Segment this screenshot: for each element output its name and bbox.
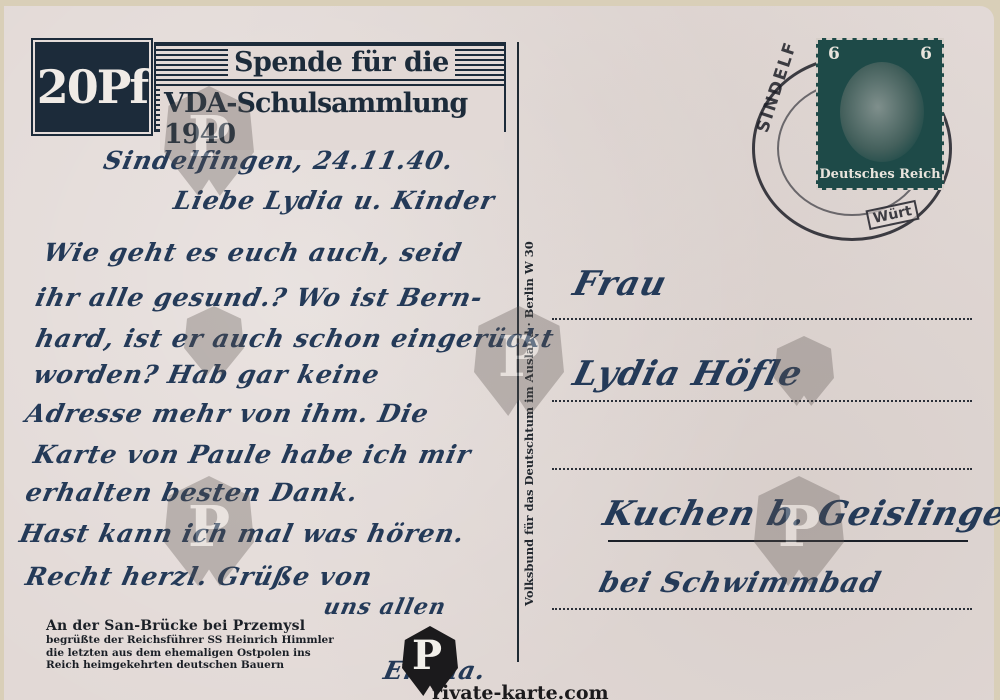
address-line: Kuchen b. Geislingen	[599, 494, 1000, 534]
message-line: Wie geht es euch auch, seid	[41, 238, 465, 267]
message-line: Karte von Paule habe ich mir	[31, 440, 474, 469]
message-line: Recht herzl. Grüße von	[23, 562, 376, 591]
caption-title: An der San-Brücke bei Przemysl	[46, 618, 334, 634]
address-rule	[552, 608, 972, 610]
message-line: hard, ist er auch schon eingerückt	[33, 324, 557, 353]
message-line: Hast kann ich mal was hören.	[17, 519, 468, 548]
address-line: Lydia Höfle	[569, 354, 807, 394]
address-rule	[552, 468, 972, 470]
donation-value: 20Pf	[37, 60, 147, 114]
banner-line-1: Spende für die	[228, 47, 455, 78]
banner-line-2: VDA-Schulsammlung 1940	[160, 88, 504, 150]
watermark-icon: P	[474, 306, 564, 416]
stamp-denomination-left: 6	[828, 44, 840, 64]
site-logo-letter: P	[412, 632, 442, 679]
stamp-country: Deutsches Reich	[818, 167, 942, 182]
message-line: Adresse mehr von ihm. Die	[23, 399, 432, 428]
caption-line: begrüßte der Reichsführer SS Heinrich Hi…	[46, 634, 334, 647]
caption-line: die letzten aus dem ehemaligen Ostpolen …	[46, 647, 334, 660]
address-rule-underline	[608, 540, 968, 542]
address-rule	[552, 400, 972, 402]
address-rule	[552, 318, 972, 320]
postage-stamp: 6 6 Deutsches Reich	[816, 38, 944, 190]
site-name: rivate-karte.com	[432, 682, 609, 700]
address-line: bei Schwimmbad	[596, 566, 885, 599]
postcard: 20Pf Spende für die VDA-Schulsammlung 19…	[4, 6, 994, 700]
stamp-portrait-icon	[840, 62, 924, 162]
message-line: ihr alle gesund.? Wo ist Bern-	[33, 283, 486, 312]
message-line: worden? Hab gar keine	[31, 360, 383, 389]
message-line: uns allen	[321, 594, 449, 620]
address-line: Frau	[569, 264, 671, 304]
message-line: erhalten besten Dank.	[23, 478, 361, 507]
publisher-imprint: Volksbund für das Deutschtum im Ausland …	[522, 241, 536, 606]
stamp-denomination-right: 6	[920, 44, 932, 64]
message-place-date: Sindelfingen, 24.11.40.	[101, 146, 457, 175]
caption-line: Reich heimgekehrten deutschen Bauern	[46, 659, 334, 672]
message-salutation: Liebe Lydia u. Kinder	[171, 186, 498, 215]
donation-value-box: 20Pf	[35, 42, 149, 132]
donation-banner: Spende für die VDA-Schulsammlung 1940	[154, 42, 506, 132]
photo-caption: An der San-Brücke bei Przemysl begrüßte …	[46, 618, 334, 672]
